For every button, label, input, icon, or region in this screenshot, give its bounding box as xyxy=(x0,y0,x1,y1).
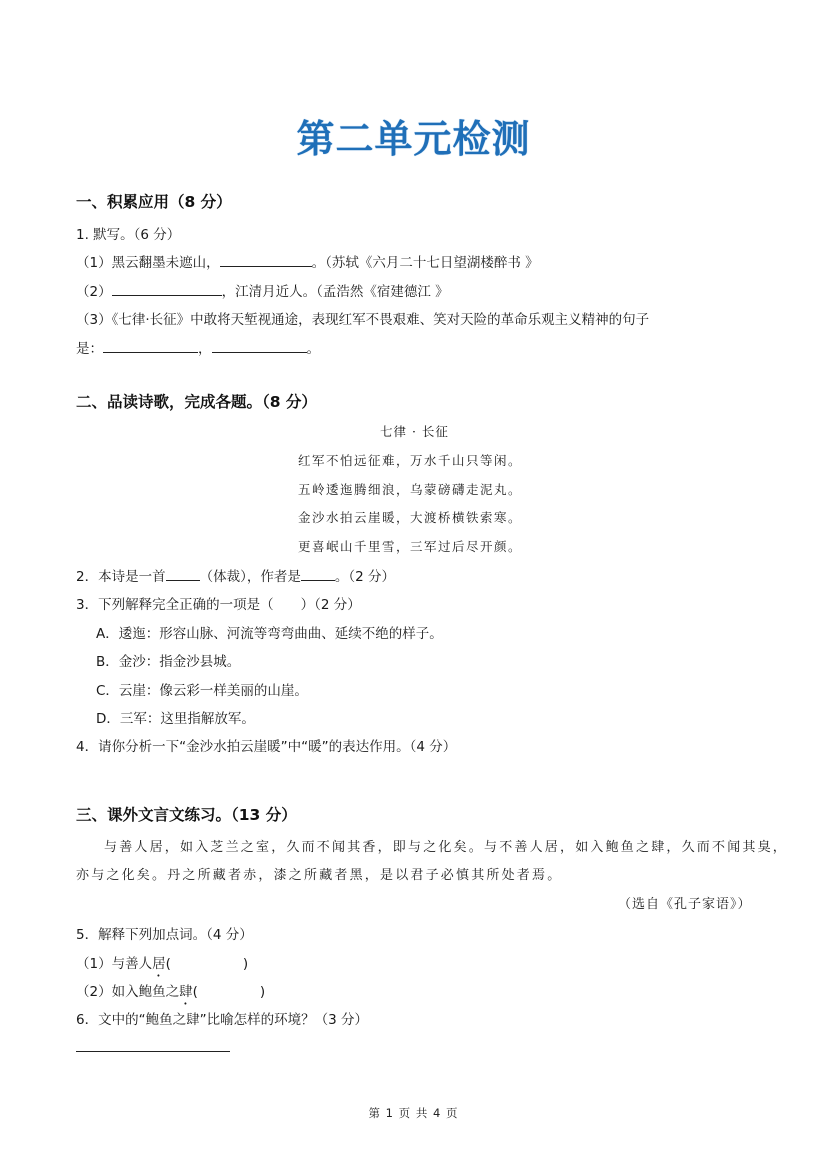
q1-item3-prefix: 是： xyxy=(76,341,103,357)
q5-item1: （1）与善人居() xyxy=(76,952,248,980)
q5-item1-paren-close: ) xyxy=(243,956,248,972)
passage-line-1: 与善人居，如入芝兰之室，久而不闻其香，即与之化矣。与不善人居，如入鲍鱼之肆，久而… xyxy=(104,836,788,855)
q1-item3-blank-1[interactable] xyxy=(103,338,198,353)
q1-item2: （2），江清月近人。（孟浩然《宿建德江 》 xyxy=(76,280,449,300)
q5-item2-dotted-word: 肆 xyxy=(179,984,193,1000)
section2-heading: 二、品读诗歌，完成各题。（8 分） xyxy=(76,390,317,412)
q1-item1-blank[interactable] xyxy=(220,252,312,267)
q1-item3-line2: 是：，。 xyxy=(76,337,320,357)
q5-stem: 5．解释下列加点词。（4 分） xyxy=(76,923,253,943)
section3-heading: 三、课外文言文练习。（13 分） xyxy=(76,803,297,825)
q1-item1: （1）黑云翻墨未遮山，。（苏轼《六月二十七日望湖楼醉书 》 xyxy=(76,251,539,271)
q6-answer-line[interactable] xyxy=(76,1051,230,1052)
passage-line-2: 亦与之化矣。丹之所藏者赤，漆之所藏者黑，是以君子必慎其所处者焉。 xyxy=(76,864,562,883)
poem-line: 红军不怕远征难，万水千山只等闲。 xyxy=(298,451,522,469)
q2-blank-author[interactable] xyxy=(301,566,335,581)
q5-item1-dotted-word: 居 xyxy=(152,956,166,972)
q1-item3-line1: （3）《七律·长征》中敢将天堑视通途，表现红军不畏艰难、笑对天险的革命乐观主义精… xyxy=(76,308,649,328)
q2: 2．本诗是一首（体裁），作者是。（2 分） xyxy=(76,565,395,585)
q2-part2: （体裁），作者是 xyxy=(200,569,301,585)
poem-line: 金沙水拍云崖暖，大渡桥横铁索寒。 xyxy=(298,508,522,526)
q3-option-b: B．金沙：指金沙县城。 xyxy=(96,650,240,670)
q5-item1-paren-open: ( xyxy=(166,956,171,972)
q3-stem: 3．下列解释完全正确的一项是（ ）（2 分） xyxy=(76,593,361,613)
q5-item2-prefix: （2）如入鲍鱼之 xyxy=(76,984,179,1000)
q3-option-d: D．三军：这里指解放军。 xyxy=(96,707,255,727)
q2-part1: 2．本诗是一首 xyxy=(76,569,166,585)
q1-item2-blank[interactable] xyxy=(112,281,222,296)
q3-option-c: C．云崖：像云彩一样美丽的山崖。 xyxy=(96,679,308,699)
q1-item2-prefix: （2） xyxy=(76,284,112,300)
q1-stem: 1. 默写。（6 分） xyxy=(76,223,180,243)
passage-source: （选自《孔子家语》） xyxy=(618,893,752,912)
poem-line: 更喜岷山千里雪，三军过后尽开颜。 xyxy=(298,537,522,555)
q5-item2: （2）如入鲍鱼之肆() xyxy=(76,980,265,1008)
q4-stem: 4．请你分析一下“金沙水拍云崖暖”中“暖”的表达作用。（4 分） xyxy=(76,735,456,755)
q1-item3-end: 。 xyxy=(307,341,321,357)
q1-item3-sep: ， xyxy=(198,341,212,357)
q5-item2-paren-close: ) xyxy=(260,984,265,1000)
poem-title: 七律 · 长征 xyxy=(380,422,449,440)
section1-heading: 一、积累应用（8 分） xyxy=(76,190,232,212)
q1-item2-suffix: ，江清月近人。（孟浩然《宿建德江 》 xyxy=(222,284,449,300)
q5-item2-paren-open: ( xyxy=(193,984,198,1000)
page-title: 第二单元检测 xyxy=(0,108,827,163)
q2-blank-genre[interactable] xyxy=(166,566,200,581)
q1-item1-prefix: （1）黑云翻墨未遮山， xyxy=(76,255,220,271)
q6-stem: 6．文中的“鲍鱼之肆”比喻怎样的环境？（3 分） xyxy=(76,1008,368,1028)
page-footer: 第 1 页 共 4 页 xyxy=(0,1105,827,1121)
poem-line: 五岭逶迤腾细浪，乌蒙磅礴走泥丸。 xyxy=(298,480,522,498)
q1-item3-blank-2[interactable] xyxy=(212,338,307,353)
q2-part3: 。（2 分） xyxy=(335,569,395,585)
q1-item1-suffix: 。（苏轼《六月二十七日望湖楼醉书 》 xyxy=(312,255,539,271)
q3-option-a: A．逶迤：形容山脉、河流等弯弯曲曲、延续不绝的样子。 xyxy=(96,622,443,642)
q5-item1-prefix: （1）与善人 xyxy=(76,956,152,972)
